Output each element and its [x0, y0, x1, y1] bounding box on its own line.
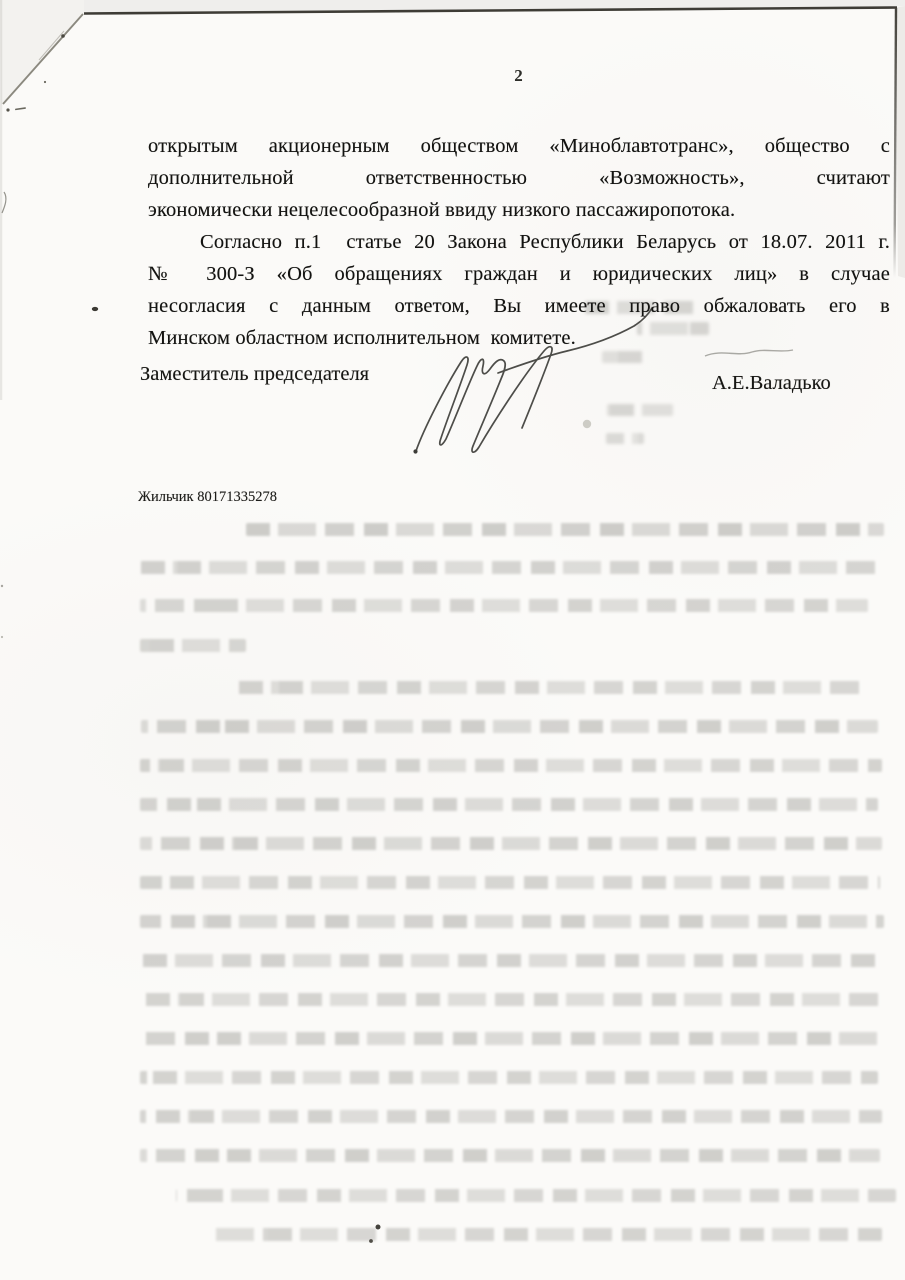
ghost-text-line — [140, 759, 882, 772]
fold-crease-secondary — [39, 31, 64, 60]
paragraph-line: № 300-З «Об обращениях граждан и юридиче… — [148, 258, 890, 290]
executor-contact-line: Жильчик 80171335278 — [138, 489, 277, 506]
paragraph-line: открытым акционерным обществом «Миноблав… — [148, 130, 890, 162]
folded-corner — [0, 0, 84, 105]
ghost-text-line — [141, 720, 878, 733]
ghost-text-line — [140, 837, 882, 850]
ghost-text-fragment — [606, 433, 644, 444]
ghost-text-line — [140, 1149, 880, 1162]
ghost-text-line — [176, 1189, 896, 1202]
letter-body: открытым акционерным обществом «Миноблав… — [148, 130, 890, 354]
ghost-text-line — [140, 798, 878, 811]
ghost-text-line — [140, 1032, 880, 1045]
fold-crease-line — [3, 14, 83, 104]
signer-name: А.Е.Валадько — [712, 372, 831, 395]
ghost-text-line — [140, 1110, 882, 1123]
scanned-letter-page: 2 открытым акционерным обществом «Минобл… — [0, 0, 905, 1280]
ghost-text-line — [140, 599, 868, 612]
paragraph-line: Согласно п.1 статье 20 Закона Республики… — [148, 226, 890, 258]
paragraph-line: несогласия с данным ответом, Вы имеете п… — [148, 290, 890, 322]
ghost-text-line — [140, 561, 884, 574]
page-right-edge-line — [895, 8, 897, 278]
ghost-text-line — [140, 954, 880, 967]
page-number: 2 — [148, 66, 890, 86]
ghost-text-line — [140, 639, 246, 652]
paragraph-line: дополнительной ответственностью «Возможн… — [148, 162, 890, 194]
ghost-text-line — [140, 876, 880, 889]
paragraph-line: Минском областном исполнительном комитет… — [148, 322, 890, 354]
ghost-text-line — [140, 993, 882, 1006]
ghost-text-line — [140, 915, 884, 928]
ghost-text-line — [208, 1228, 882, 1241]
scanner-top-margin — [84, 0, 905, 13]
scanner-right-margin — [896, 6, 905, 278]
ghost-text-line — [232, 681, 862, 694]
ghost-text-fragment — [607, 404, 673, 416]
signer-position-title: Заместитель председателя — [140, 363, 369, 386]
ghost-text-line — [246, 523, 884, 536]
page-top-edge-line — [84, 8, 897, 14]
paragraph-line: экономически нецелесообразной ввиду низк… — [148, 194, 890, 226]
ghost-text-line — [140, 1071, 878, 1084]
